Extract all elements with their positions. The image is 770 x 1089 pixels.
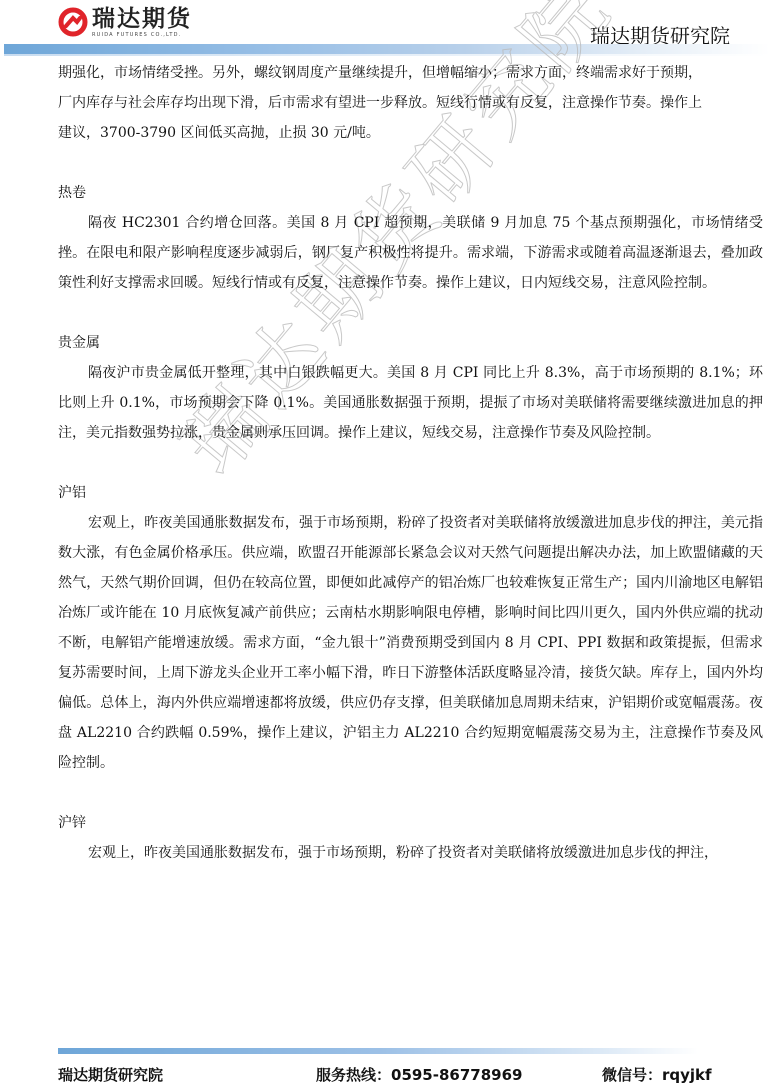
section-title-aluminum: 沪铝 xyxy=(58,478,763,508)
page-footer: 瑞达期货研究院 服务热线：0595-86778969 微信号：rqyjkf xyxy=(0,1040,770,1089)
section-body-precious-metals: 隔夜沪市贵金属低开整理，其中白银跌幅更大。美国 8 月 CPI 同比上升 8.3… xyxy=(58,358,763,448)
ruida-logo-icon xyxy=(58,7,88,37)
page-header: 瑞达期货 RUIDA FUTURES CO.,LTD. 瑞达期货研究院 xyxy=(0,0,770,62)
section-body-zinc: 宏观上，昨夜美国通胀数据发布，强于市场预期，粉碎了投资者对美联储将放缓激进加息步… xyxy=(58,838,763,868)
footer-hotline: 服务热线：0595-86778969 xyxy=(316,1064,522,1085)
company-logo: 瑞达期货 RUIDA FUTURES CO.,LTD. xyxy=(58,6,192,38)
intro-line: 建议，3700-3790 区间低买高抛，止损 30 元/吨。 xyxy=(58,118,763,148)
report-body: 期强化，市场情绪受挫。另外，螺纹钢周度产量继续提升，但增幅缩小；需求方面，终端需… xyxy=(58,58,763,868)
section-title-zinc: 沪锌 xyxy=(58,808,763,838)
footer-org: 瑞达期货研究院 xyxy=(58,1064,163,1085)
intro-line: 厂内库存与社会库存均出现下滑，后市需求有望进一步释放。短线行情或有反复，注意操作… xyxy=(58,88,763,118)
header-divider-line xyxy=(4,54,770,56)
section-body-hot-rolled-coil: 隔夜 HC2301 合约增仓回落。美国 8 月 CPI 超预期，美联储 9 月加… xyxy=(58,208,763,298)
section-title-hot-rolled-coil: 热卷 xyxy=(58,178,763,208)
footer-divider-bar xyxy=(58,1048,698,1054)
section-body-aluminum: 宏观上，昨夜美国通胀数据发布，强于市场预期，粉碎了投资者对美联储将放缓激进加息步… xyxy=(58,508,763,778)
header-divider-bar xyxy=(4,44,770,54)
section-title-precious-metals: 贵金属 xyxy=(58,328,763,358)
logo-english-name: RUIDA FUTURES CO.,LTD. xyxy=(92,32,192,38)
intro-line: 期强化，市场情绪受挫。另外，螺纹钢周度产量继续提升，但增幅缩小；需求方面，终端需… xyxy=(58,58,763,88)
footer-wechat: 微信号：rqyjkf xyxy=(602,1064,712,1085)
logo-chinese-name: 瑞达期货 xyxy=(92,6,192,32)
